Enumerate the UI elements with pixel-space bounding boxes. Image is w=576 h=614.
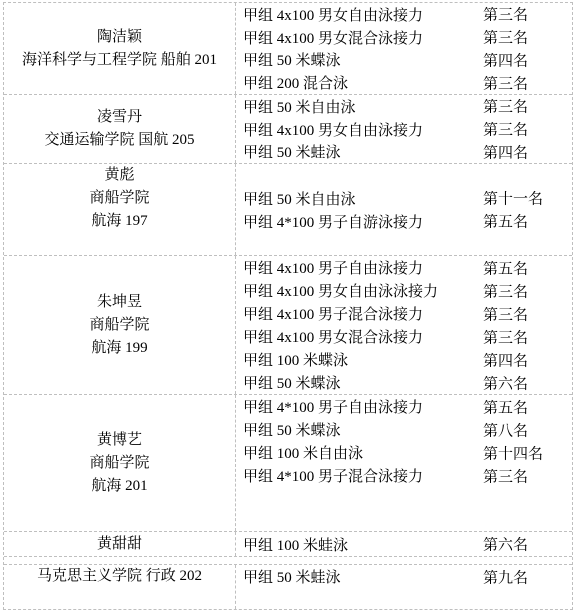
athlete-section: 凌雪丹交通运输学院 国航 205 甲组 50 米自由泳 第三名 甲组 4x100… — [4, 95, 572, 164]
athlete-section: 陶洁颖海洋科学与工程学院 船舶 201 甲组 4x100 男女自由泳接力 第三名… — [4, 3, 572, 95]
rank-label: 第六名 — [483, 534, 528, 555]
athlete-line: 航海 199 — [4, 337, 235, 360]
rank-label: 第四名 — [483, 141, 528, 162]
result-rows: 甲组 4*100 男子自由泳接力 第五名 甲组 50 米蝶泳 第八名 甲组 10… — [236, 395, 572, 531]
result-row[interactable]: 甲组 4x100 男女自由泳接力 第三名 — [236, 118, 572, 141]
results-cell[interactable]: 甲组 50 米自由泳 第三名 甲组 4x100 男女自由泳接力 第三名 甲组 5… — [236, 95, 572, 163]
result-row[interactable]: 甲组 4x100 男女混合泳接力 第三名 — [236, 325, 572, 348]
rank-label: 第三名 — [483, 72, 528, 93]
rank-label: 第三名 — [483, 280, 528, 301]
event-label: 甲组 4x100 男女自由泳接力 — [236, 119, 423, 140]
event-label: 甲组 50 米蝶泳 — [236, 49, 341, 70]
rank-label: 第五名 — [483, 257, 528, 278]
result-rows: 甲组 4x100 男子自由泳接力 第五名 甲组 4x100 男女自由泳泳接力 第… — [236, 256, 572, 394]
results-cell[interactable]: 甲组 50 米自由泳 第十一名 甲组 4*100 男子自游泳接力 第五名 — [236, 164, 572, 255]
results-cell[interactable]: 甲组 100 米蛙泳 第六名 — [236, 532, 572, 556]
athlete-line: 航海 201 — [4, 475, 235, 498]
athlete-line: 商船学院 — [4, 187, 235, 210]
athlete-cell[interactable]: 黄甜甜 — [4, 532, 236, 556]
athlete-info: 陶洁颖海洋科学与工程学院 船舶 201 — [4, 26, 235, 72]
empty-row[interactable] — [4, 557, 572, 565]
athlete-line: 商船学院 — [4, 314, 235, 337]
event-label: 甲组 4x100 男子自由泳接力 — [236, 257, 423, 278]
result-row[interactable]: 甲组 4*100 男子自由泳接力 第五名 — [236, 395, 572, 418]
result-row[interactable]: 甲组 4x100 男女混合泳接力 第三名 — [236, 26, 572, 49]
event-label: 甲组 100 米自由泳 — [236, 442, 363, 463]
result-row[interactable]: 甲组 100 米自由泳 第十四名 — [236, 441, 572, 464]
result-row[interactable]: 甲组 4x100 男子混合泳接力 第三名 — [236, 302, 572, 325]
event-label: 甲组 50 米蝶泳 — [236, 372, 341, 393]
result-row[interactable]: 甲组 4x100 男女自由泳泳接力 第三名 — [236, 279, 572, 302]
event-label: 甲组 100 米蛙泳 — [236, 534, 348, 555]
athlete-line: 交通运输学院 国航 205 — [4, 129, 235, 152]
athlete-line: 黄博艺 — [4, 429, 235, 452]
athlete-cell[interactable]: 马克思主义学院 行政 202 — [4, 565, 236, 609]
result-rows: 甲组 50 米自由泳 第三名 甲组 4x100 男女自由泳接力 第三名 甲组 5… — [236, 95, 572, 163]
result-row[interactable]: 甲组 100 米蝶泳 第四名 — [236, 348, 572, 371]
result-row[interactable]: 甲组 4x100 男子自由泳接力 第五名 — [236, 256, 572, 279]
result-row[interactable]: 甲组 4*100 男子自游泳接力 第五名 — [236, 210, 572, 233]
athlete-line: 海洋科学与工程学院 船舶 201 — [4, 49, 235, 72]
event-label: 甲组 4*100 男子自由泳接力 — [236, 396, 423, 417]
rank-label: 第三名 — [483, 27, 528, 48]
rank-label: 第四名 — [483, 349, 528, 370]
athlete-cell[interactable]: 黄博艺商船学院航海 201 — [4, 395, 236, 531]
rank-label: 第三名 — [483, 465, 528, 486]
event-label: 甲组 4*100 男子混合泳接力 — [236, 465, 423, 486]
result-row[interactable]: 甲组 50 米蛙泳 第四名 — [236, 140, 572, 163]
result-row[interactable]: 甲组 4*100 男子混合泳接力 第三名 — [236, 464, 572, 487]
event-label: 甲组 4x100 男女自由泳接力 — [236, 4, 423, 25]
rank-label: 第十一名 — [483, 188, 543, 209]
event-label: 甲组 50 米自由泳 — [236, 96, 356, 117]
athlete-section: 黄博艺商船学院航海 201 甲组 4*100 男子自由泳接力 第五名 甲组 50… — [4, 395, 572, 532]
event-label: 甲组 100 米蝶泳 — [236, 349, 348, 370]
event-label: 甲组 50 米自由泳 — [236, 188, 356, 209]
athlete-cell[interactable]: 陶洁颖海洋科学与工程学院 船舶 201 — [4, 3, 236, 94]
rank-label: 第三名 — [483, 4, 528, 25]
athlete-line: 马克思主义学院 行政 202 — [4, 565, 235, 588]
rank-label: 第十四名 — [483, 442, 543, 463]
event-label: 甲组 50 米蛙泳 — [236, 566, 341, 587]
rank-label: 第三名 — [483, 326, 528, 347]
athlete-info: 马克思主义学院 行政 202 — [4, 565, 235, 588]
result-row[interactable]: 甲组 50 米自由泳 第三名 — [236, 95, 572, 118]
results-cell[interactable]: 甲组 4x100 男女自由泳接力 第三名 甲组 4x100 男女混合泳接力 第三… — [236, 3, 572, 94]
event-label: 甲组 50 米蛙泳 — [236, 141, 341, 162]
result-row[interactable]: 甲组 50 米蛙泳 第九名 — [236, 565, 572, 588]
result-rows: 甲组 50 米蛙泳 第九名 — [236, 565, 572, 609]
results-table: 陶洁颖海洋科学与工程学院 船舶 201 甲组 4x100 男女自由泳接力 第三名… — [3, 2, 573, 610]
result-rows: 甲组 50 米自由泳 第十一名 甲组 4*100 男子自游泳接力 第五名 — [236, 164, 572, 255]
athlete-line: 朱坤昱 — [4, 291, 235, 314]
athlete-info: 凌雪丹交通运输学院 国航 205 — [4, 106, 235, 152]
athlete-line: 陶洁颖 — [4, 26, 235, 49]
result-row[interactable]: 甲组 100 米蛙泳 第六名 — [236, 532, 572, 556]
result-rows: 甲组 100 米蛙泳 第六名 — [236, 532, 572, 556]
result-row[interactable]: 甲组 50 米蝶泳 第八名 — [236, 418, 572, 441]
result-rows: 甲组 4x100 男女自由泳接力 第三名 甲组 4x100 男女混合泳接力 第三… — [236, 3, 572, 94]
rank-label: 第三名 — [483, 119, 528, 140]
rank-label: 第五名 — [483, 396, 528, 417]
rank-label: 第三名 — [483, 303, 528, 324]
athlete-info: 黄甜甜 — [4, 533, 235, 556]
rank-label: 第六名 — [483, 372, 528, 393]
rank-label: 第三名 — [483, 96, 528, 117]
spreadsheet-view: 陶洁颖海洋科学与工程学院 船舶 201 甲组 4x100 男女自由泳接力 第三名… — [0, 0, 576, 614]
athlete-info: 朱坤昱商船学院航海 199 — [4, 291, 235, 360]
athlete-line: 黄彪 — [4, 164, 235, 187]
athlete-line: 航海 197 — [4, 210, 235, 233]
event-label: 甲组 4*100 男子自游泳接力 — [236, 211, 423, 232]
athlete-section: 黄彪商船学院航海 197 甲组 50 米自由泳 第十一名 甲组 4*100 男子… — [4, 164, 572, 256]
result-row[interactable]: 甲组 4x100 男女自由泳接力 第三名 — [236, 3, 572, 26]
athlete-line: 黄甜甜 — [4, 533, 235, 556]
rank-label: 第九名 — [483, 566, 528, 587]
athlete-info: 黄博艺商船学院航海 201 — [4, 429, 235, 498]
event-label: 甲组 200 混合泳 — [236, 72, 348, 93]
results-cell[interactable]: 甲组 4*100 男子自由泳接力 第五名 甲组 50 米蝶泳 第八名 甲组 10… — [236, 395, 572, 531]
athlete-cell[interactable]: 凌雪丹交通运输学院 国航 205 — [4, 95, 236, 163]
results-cell[interactable]: 甲组 4x100 男子自由泳接力 第五名 甲组 4x100 男女自由泳泳接力 第… — [236, 256, 572, 394]
athlete-info: 黄彪商船学院航海 197 — [4, 164, 235, 233]
results-cell[interactable]: 甲组 50 米蛙泳 第九名 — [236, 565, 572, 609]
athlete-cell[interactable]: 黄彪商船学院航海 197 — [4, 164, 236, 255]
result-row[interactable]: 甲组 50 米蝶泳 第四名 — [236, 49, 572, 72]
rank-label: 第四名 — [483, 49, 528, 70]
athlete-section: 朱坤昱商船学院航海 199 甲组 4x100 男子自由泳接力 第五名 甲组 4x… — [4, 256, 572, 395]
athlete-section: 黄甜甜 甲组 100 米蛙泳 第六名 — [4, 532, 572, 557]
event-label: 甲组 4x100 男女混合泳接力 — [236, 27, 423, 48]
event-label: 甲组 50 米蝶泳 — [236, 419, 341, 440]
event-label: 甲组 4x100 男子混合泳接力 — [236, 303, 423, 324]
result-row[interactable]: 甲组 200 混合泳 第三名 — [236, 71, 572, 94]
result-row[interactable]: 甲组 50 米蝶泳 第六名 — [236, 371, 572, 394]
athlete-section: 马克思主义学院 行政 202 甲组 50 米蛙泳 第九名 — [4, 565, 572, 609]
rank-label: 第五名 — [483, 211, 528, 232]
event-label: 甲组 4x100 男女混合泳接力 — [236, 326, 423, 347]
athlete-line: 凌雪丹 — [4, 106, 235, 129]
result-row[interactable]: 甲组 50 米自由泳 第十一名 — [236, 187, 572, 210]
rank-label: 第八名 — [483, 419, 528, 440]
athlete-cell[interactable]: 朱坤昱商船学院航海 199 — [4, 256, 236, 394]
athlete-line: 商船学院 — [4, 452, 235, 475]
event-label: 甲组 4x100 男女自由泳泳接力 — [236, 280, 438, 301]
